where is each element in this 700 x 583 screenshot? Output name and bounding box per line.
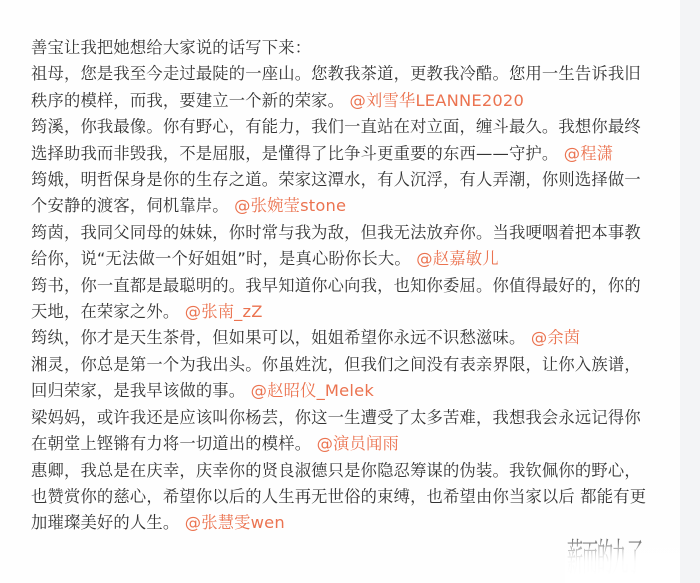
mention-link[interactable]: @演员闻雨 [317, 434, 399, 453]
mention-link[interactable]: @程潇 [564, 144, 613, 163]
post-intro: 善宝让我把她想给大家说的话写下来： [31, 35, 651, 61]
paragraph-jun-e: 筠娥，明哲保身是你的生存之道。荣家这潭水，有人沉浮，有人弄潮，你则选择做一个安静… [31, 167, 651, 220]
paragraph-text: 筠书，你一直都是最聪明的。我早知道你心向我，也知你委屈。你值得最好的，你的天地，… [31, 276, 641, 321]
paragraph-text: 筠茵，我同父同母的妹妹，你时常与我为敌，但我无法放弃你。当我哽咽着把本事教给你，… [31, 223, 641, 268]
paragraph-text: 筠溪，你我最像。你有野心，有能力，我们一直站在对立面，缠斗最久。我想你最终选择助… [31, 117, 641, 162]
paragraph-text: 祖母，您是我至今走过最陡的一座山。您教我茶道，更教我冷酷。您用一生告诉我旧秩序的… [31, 64, 641, 109]
paragraph-text: 筠纨，你才是天生茶骨，但如果可以，姐姐希望你永远不识愁滋味。 [31, 328, 525, 347]
paragraph-junwan: 筠纨，你才是天生茶骨，但如果可以，姐姐希望你永远不识愁滋味。 @余茵 [31, 325, 651, 351]
post-content-area: 善宝让我把她想给大家说的话写下来： 祖母，您是我至今走过最陡的一座山。您教我茶道… [0, 0, 680, 583]
paragraph-junyin: 筠茵，我同父同母的妹妹，你时常与我为敌，但我无法放弃你。当我哽咽着把本事教给你，… [31, 220, 651, 273]
paragraph-liang-mama: 梁妈妈，或许我还是应该叫你杨芸，你这一生遭受了太多苦难，我想我会永远记得你在朝堂… [31, 405, 651, 458]
mention-link[interactable]: @赵嘉敏儿 [416, 249, 498, 268]
paragraph-junxi: 筠溪，你我最像。你有野心，有能力，我们一直站在对立面，缠斗最久。我想你最终选择助… [31, 114, 651, 167]
paragraph-text: 惠卿，我总是在庆幸，庆幸你的贤良淑德只是你隐忍筹谋的伪装。我钦佩你的野心，也赞赏… [31, 461, 646, 533]
mention-link[interactable]: @张婉莹stone [234, 196, 346, 215]
paragraph-huiqing: 惠卿，我总是在庆幸，庆幸你的贤良淑德只是你隐忍筹谋的伪装。我钦佩你的野心，也赞赏… [31, 458, 651, 537]
paragraph-grandmother: 祖母，您是我至今走过最陡的一座山。您教我茶道，更教我冷酷。您用一生告诉我旧秩序的… [31, 61, 651, 114]
paragraph-junshu: 筠书，你一直都是最聪明的。我早知道你心向我，也知你委屈。你值得最好的，你的天地，… [31, 273, 651, 326]
mention-link[interactable]: @张慧雯wen [185, 513, 285, 532]
mention-link[interactable]: @张南_zZ [185, 302, 263, 321]
right-edge-strip [680, 0, 700, 583]
mention-link[interactable]: @刘雪华LEANNE2020 [350, 91, 525, 110]
paragraph-xiangling: 湘灵，你总是第一个为我出头。你虽姓沈，但我们之间没有表亲界限，让你入族谱，回归荣… [31, 352, 651, 405]
mention-link[interactable]: @余茵 [531, 328, 580, 347]
mention-link[interactable]: @赵昭仪_Melek [251, 381, 374, 400]
post-body: 善宝让我把她想给大家说的话写下来： 祖母，您是我至今走过最陡的一座山。您教我茶道… [31, 35, 651, 537]
watermark-overlay-text: 薪而的九了 [567, 528, 642, 583]
